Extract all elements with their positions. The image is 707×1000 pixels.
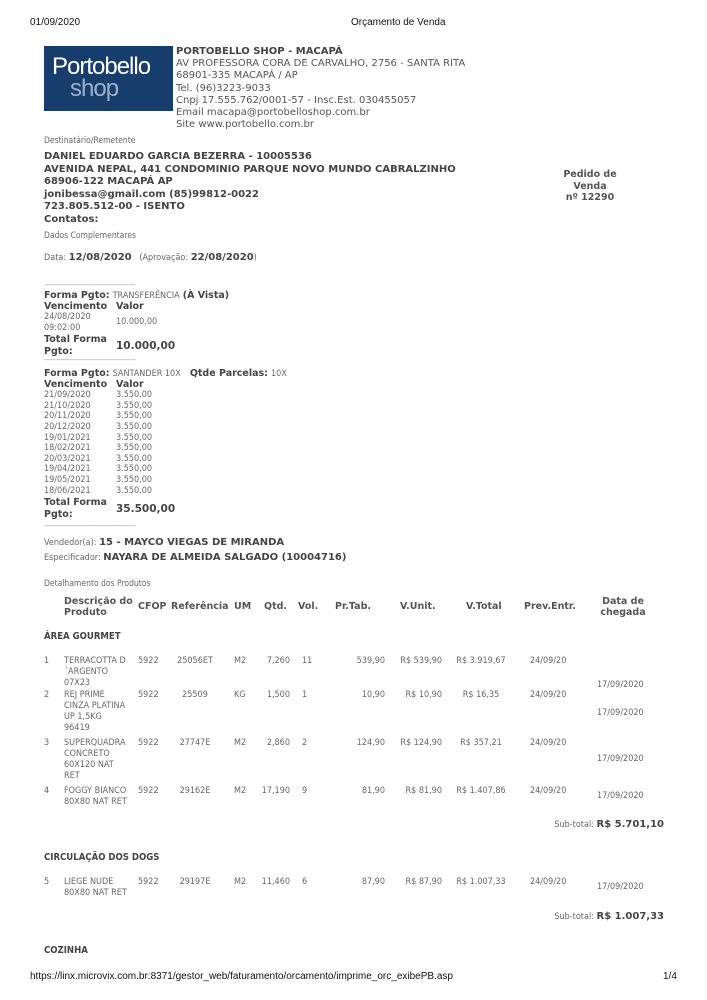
specifier-value: NAYARA DE ALMEIDA SALGADO (10004716): [103, 552, 346, 563]
installment-value: 3.550,00: [116, 464, 152, 475]
recipient-city: 68906-122 MACAPÁ AP: [44, 176, 456, 189]
recipient-document: 723.805.512-00 - ISENTO: [44, 201, 456, 214]
header-reference: Referência: [171, 601, 229, 612]
installment-value: 3.550,00: [116, 475, 152, 486]
subtotal-label: Sub-total:: [554, 912, 594, 922]
cell-vtotal: R$ 16,35: [450, 690, 512, 701]
cell-ref: 25509: [171, 690, 219, 701]
header-description-line2: Produto: [64, 607, 133, 618]
cell-um: M2: [234, 656, 250, 667]
payment-total: 10.000,00: [116, 341, 175, 352]
cell-cfop: 5922: [138, 738, 164, 749]
cell-prev: 24/09/20: [530, 738, 575, 749]
company-phone: Tel. (96)3223-9033: [176, 83, 465, 95]
payment-method-value: SANTANDER 10X: [113, 369, 181, 379]
installment-value: 3.550,00: [116, 454, 152, 465]
cell-ref: 29162E: [171, 786, 219, 797]
description-line: REJ PRIME: [64, 690, 125, 701]
company-city: 68901-335 MACAPÁ / AP: [176, 70, 465, 82]
company-site: Site www.portobello.com.br: [176, 119, 465, 131]
cell-vunit: R$ 539,90: [390, 656, 442, 667]
row-number: 1: [44, 656, 49, 667]
section-title: ÁREA GOURMET: [44, 631, 121, 642]
header-arrival-line2: chegada: [594, 607, 652, 618]
approval-date: 22/08/2020: [191, 252, 254, 263]
payment-method-value: TRANSFERÊNCIA: [113, 291, 180, 301]
product-description: FOGGY BIANCO80X80 NAT RET: [64, 786, 127, 808]
recipient-address: AVENIDA NEPAL, 441 CONDOMINIO PARQUE NOV…: [44, 164, 456, 177]
company-info: PORTOBELLO SHOP - MACAPÁ AV PROFESSORA C…: [176, 46, 465, 131]
cell-vunit: R$ 10,90: [390, 690, 442, 701]
installment-row: 21/09/20203.550,00: [44, 390, 344, 401]
cell-vunit: R$ 124,90: [390, 738, 442, 749]
logo-text-shop: shop: [70, 75, 118, 103]
cell-prev: 24/09/20: [530, 877, 575, 888]
total-label-line2: Pgto:: [44, 509, 116, 521]
subtotal-value: R$ 5.701,10: [597, 819, 665, 830]
cell-ref: 25056ET: [171, 656, 219, 667]
product-description: REJ PRIMECINZA PLATINAUP 1,5KG96419: [64, 690, 125, 734]
row-number: 2: [44, 690, 49, 701]
print-date: 01/09/2020: [30, 17, 80, 28]
installment-row: 18/02/20213.550,00: [44, 443, 344, 454]
approval-close: ): [254, 253, 257, 263]
header-vunit: V.Unit.: [400, 601, 436, 612]
divider: ----------------------------------------…: [44, 356, 135, 364]
cell-arrival: 17/09/2020: [597, 708, 644, 719]
installment-row: 19/01/20213.550,00: [44, 433, 344, 444]
cell-arrival: 17/09/2020: [597, 680, 644, 691]
order-date: 12/08/2020: [69, 252, 132, 263]
cell-qtd: 2,860: [254, 738, 290, 749]
cell-vol: 9: [302, 786, 322, 797]
payment-amount: 10.000,00: [116, 317, 157, 328]
description-line: 80X80 NAT RET: [64, 888, 127, 899]
total-label-line1: Total Forma: [44, 497, 116, 509]
print-url: https://linx.microvix.com.br:8371/gestor…: [30, 971, 453, 982]
cell-cfop: 5922: [138, 690, 164, 701]
section-title: COZINHA: [44, 945, 88, 956]
header-vtotal: V.Total: [466, 601, 502, 612]
cell-cfop: 5922: [138, 786, 164, 797]
extra-data-label: Dados Complementares: [44, 231, 136, 241]
subtotal-value: R$ 1.007,33: [597, 911, 665, 922]
header-qtd: Qtd.: [264, 601, 287, 612]
installment-date: 18/02/2021: [44, 443, 116, 454]
order-number-value: nº 12290: [555, 192, 625, 204]
cell-vtotal: R$ 3.919,67: [450, 656, 512, 667]
cell-qtd: 7,260: [254, 656, 290, 667]
order-label-line2: Venda: [555, 181, 625, 193]
cell-ref: 29197E: [171, 877, 219, 888]
due-time: 09:02:00: [44, 323, 116, 334]
dates-line: Data: 12/08/2020 (Aprovação: 22/08/2020): [44, 252, 257, 263]
order-label-line1: Pedido de: [555, 169, 625, 181]
installment-date: 19/04/2021: [44, 464, 116, 475]
header-vol: Vol.: [298, 601, 318, 612]
cell-um: M2: [234, 877, 250, 888]
installment-date: 21/10/2020: [44, 401, 116, 412]
installment-date: 21/09/2020: [44, 390, 116, 401]
cell-vtotal: R$ 1.007,33: [450, 877, 512, 888]
description-line: CONCRETO: [64, 749, 126, 760]
installment-row: 20/12/20203.550,00: [44, 422, 344, 433]
recipient-contacts-label: Contatos:: [44, 214, 456, 227]
description-line: FOGGY BIANCO: [64, 786, 127, 797]
row-number: 3: [44, 738, 49, 749]
cell-um: KG: [234, 690, 250, 701]
cell-prtab: 87,90: [330, 877, 385, 888]
seller-value: 15 - MAYCO VIEGAS DE MIRANDA: [99, 537, 284, 548]
description-line: 07X23: [64, 678, 126, 689]
cell-prev: 24/09/20: [530, 690, 575, 701]
print-title: Orçamento de Venda: [351, 17, 446, 28]
installment-value: 3.550,00: [116, 390, 152, 401]
print-page-number: 1/4: [663, 971, 677, 982]
installment-date: 20/12/2020: [44, 422, 116, 433]
cell-qtd: 11,460: [254, 877, 290, 888]
subtotal: Sub-total: R$ 1.007,33: [440, 911, 664, 922]
installment-date: 18/06/2021: [44, 486, 116, 497]
description-line: UP 1,5KG: [64, 712, 125, 723]
header-prev-entr: Prev.Entr.: [524, 601, 576, 612]
seller-line: Vendedor(a): 15 - MAYCO VIEGAS DE MIRAND…: [44, 537, 284, 548]
cell-arrival: 17/09/2020: [597, 882, 644, 893]
cell-arrival: 17/09/2020: [597, 754, 644, 765]
description-line: TERRACOTTA D: [64, 656, 126, 667]
payment-transfer: Forma Pgto: TRANSFERÊNCIA (À Vista) Venc…: [44, 291, 304, 358]
installment-date: 20/03/2021: [44, 454, 116, 465]
payment-santander: Forma Pgto: SANTANDER 10X Qtde Parcelas:…: [44, 369, 344, 521]
row-number: 4: [44, 786, 49, 797]
header-arrival-line1: Data de: [594, 596, 652, 607]
recipient-name: DANIEL EDUARDO GARCIA BEZERRA - 10005536: [44, 151, 456, 164]
cell-arrival: 17/09/2020: [597, 791, 644, 802]
description-line: CINZA PLATINA: [64, 701, 125, 712]
installment-row: 19/05/20213.550,00: [44, 475, 344, 486]
description-line: 80X80 NAT RET: [64, 797, 127, 808]
header-description-line1: Descrição do: [64, 596, 133, 607]
product-description: LIEGE NUDE80X80 NAT RET: [64, 877, 127, 899]
cell-qtd: 1,500: [254, 690, 290, 701]
cell-vol: 2: [302, 738, 322, 749]
company-email: Email macapa@portobelloshop.com.br: [176, 107, 465, 119]
cell-cfop: 5922: [138, 656, 164, 667]
product-description: SUPERQUADRACONCRETO60X120 NATRET: [64, 738, 126, 782]
value-header: Valor: [116, 380, 144, 391]
order-number: Pedido de Venda nº 12290: [555, 169, 625, 204]
cell-ref: 27747E: [171, 738, 219, 749]
cell-prtab: 81,90: [330, 786, 385, 797]
approval-label: (Aprovação:: [139, 253, 188, 263]
installment-date: 19/05/2021: [44, 475, 116, 486]
payment-method-extra: (À Vista): [183, 290, 229, 301]
installment-value: 3.550,00: [116, 443, 152, 454]
payment-total: 35.500,00: [116, 504, 175, 515]
header-um: UM: [234, 601, 251, 612]
due-date: 24/08/2020: [44, 312, 116, 323]
product-description: TERRACOTTA D´ARGENTO07X23: [64, 656, 126, 689]
header-description: Descrição doProduto: [64, 596, 133, 618]
cell-vol: 6: [302, 877, 322, 888]
cell-prev: 24/09/20: [530, 656, 575, 667]
products-label: Detalhamento dos Produtos: [44, 579, 150, 589]
description-line: 96419: [64, 723, 125, 734]
due-date-header: Vencimento: [44, 380, 116, 391]
cell-prtab: 124,90: [330, 738, 385, 749]
section-title: CIRCULAÇÃO DOS DOGS: [44, 852, 159, 863]
company-address: AV PROFESSORA CORA DE CARVALHO, 2756 - S…: [176, 58, 465, 70]
installments-label: Qtde Parcelas:: [190, 368, 268, 379]
cell-vtotal: R$ 357,21: [450, 738, 512, 749]
cell-prev: 24/09/20: [530, 786, 575, 797]
installment-value: 3.550,00: [116, 401, 152, 412]
description-line: RET: [64, 771, 126, 782]
description-line: SUPERQUADRA: [64, 738, 126, 749]
cell-cfop: 5922: [138, 877, 164, 888]
recipient-contact: jonibessa@gmail.com (85)99812-0022: [44, 189, 456, 202]
cell-vol: 1: [302, 690, 322, 701]
installment-row: 20/11/20203.550,00: [44, 411, 344, 422]
recipient-info: DANIEL EDUARDO GARCIA BEZERRA - 10005536…: [44, 151, 456, 226]
portobello-shop-logo: Portobello shop: [44, 46, 173, 111]
installment-date: 20/11/2020: [44, 411, 116, 422]
subtotal-label: Sub-total:: [554, 820, 594, 830]
installment-value: 3.550,00: [116, 486, 152, 497]
installment-value: 3.550,00: [116, 422, 152, 433]
payment-method-label: Forma Pgto:: [44, 368, 110, 379]
cell-prtab: 10,90: [330, 690, 385, 701]
installment-list: 21/09/20203.550,0021/10/20203.550,0020/1…: [44, 390, 344, 496]
cell-vunit: R$ 81,90: [390, 786, 442, 797]
cell-qtd: 17,190: [254, 786, 290, 797]
payment-method-label: Forma Pgto:: [44, 290, 110, 301]
header-arrival: Data dechegada: [594, 596, 652, 618]
installments-value: 10X: [271, 369, 287, 379]
installment-value: 3.550,00: [116, 433, 152, 444]
row-number: 5: [44, 877, 49, 888]
total-label-line1: Total Forma: [44, 334, 116, 346]
seller-label: Vendedor(a):: [44, 538, 97, 548]
date-label: Data:: [44, 253, 66, 263]
description-line: ´ARGENTO: [64, 667, 126, 678]
subtotal: Sub-total: R$ 5.701,10: [440, 819, 664, 830]
cell-vol: 11: [302, 656, 322, 667]
installment-row: 21/10/20203.550,00: [44, 401, 344, 412]
company-cnpj: Cnpj 17.555.762/0001-57 - Insc.Est. 0304…: [176, 95, 465, 107]
installment-row: 18/06/20213.550,00: [44, 486, 344, 497]
installment-value: 3.550,00: [116, 411, 152, 422]
divider: ----------------------------------------…: [44, 281, 135, 289]
cell-um: M2: [234, 786, 250, 797]
installment-row: 19/04/20213.550,00: [44, 464, 344, 475]
description-line: 60X120 NAT: [64, 760, 126, 771]
cell-vunit: R$ 87,90: [390, 877, 442, 888]
header-prtab: Pr.Tab.: [335, 601, 371, 612]
installment-row: 20/03/20213.550,00: [44, 454, 344, 465]
cell-vtotal: R$ 1.407,86: [450, 786, 512, 797]
recipient-label: Destinatário/Remetente: [44, 136, 136, 146]
value-header: Valor: [116, 302, 144, 313]
company-name: PORTOBELLO SHOP - MACAPÁ: [176, 46, 465, 58]
header-cfop: CFOP: [138, 601, 167, 612]
due-date-header: Vencimento: [44, 302, 116, 313]
divider: ----------------------------------------…: [44, 522, 135, 530]
description-line: LIEGE NUDE: [64, 877, 127, 888]
specifier-line: Especificador: NAYARA DE ALMEIDA SALGADO…: [44, 552, 346, 563]
installment-date: 19/01/2021: [44, 433, 116, 444]
cell-prtab: 539,90: [330, 656, 385, 667]
specifier-label: Especificador:: [44, 553, 101, 563]
cell-um: M2: [234, 738, 250, 749]
